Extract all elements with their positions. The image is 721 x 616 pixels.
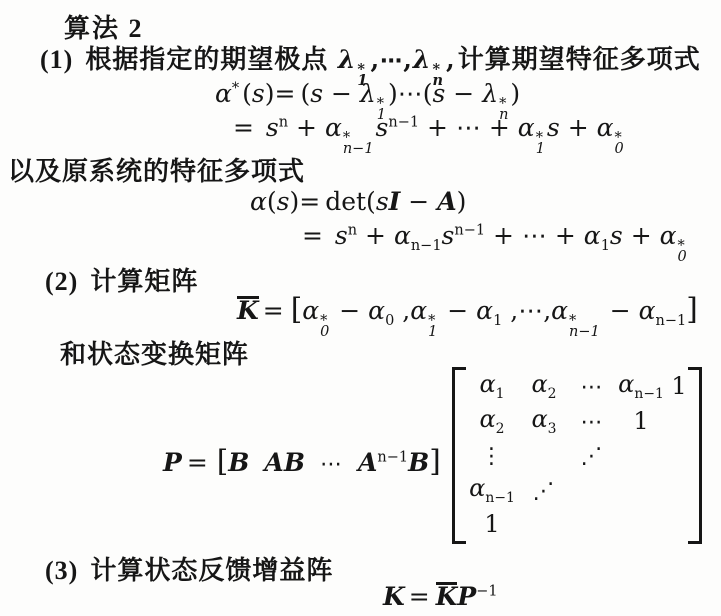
matrix-cell: 1 [633, 407, 648, 435]
matrix-cell: ⋰ [581, 441, 604, 469]
matrix-cell: ⋯ [581, 407, 604, 435]
matrix-cell: α3 [531, 405, 556, 437]
step-2-label: (2) [45, 267, 78, 296]
p-matrix-grid: α1α2⋯αn−11α2α3⋯1⋮⋰αn−1⋰1 [465, 369, 691, 542]
matrix-cell: αn−1 [469, 474, 515, 506]
matrix-cell: α1 [479, 370, 504, 402]
expected-poles-math: λ*1,⋯,λ*n, [338, 45, 456, 74]
step-3-text: 计算状态反馈增益阵 [90, 556, 333, 585]
original-system-text: 以及原系统的特征多项式 [8, 151, 305, 188]
step-1-text-pre: 根据指定的期望极点 [85, 45, 336, 74]
matrix-cell: ⋰ [533, 476, 556, 504]
step-2-line: (2)计算矩阵 [45, 261, 198, 298]
step-3-line: (3)计算状态反馈增益阵 [45, 550, 333, 587]
matrix-cell: ⋮ [481, 441, 504, 469]
matrix-cell: α2 [531, 370, 556, 402]
state-transform-text: 和状态变换矩阵 [60, 334, 249, 371]
char-poly-eq-line-2: = sn + αn−1sn−1 + ⋯ + α1s + α*0 [302, 221, 689, 265]
gain-equation: K=KP−1 [383, 582, 498, 611]
step-3-label: (3) [45, 556, 78, 585]
matrix-cell: α2 [479, 405, 504, 437]
matrix-cell: 1 [484, 510, 499, 538]
step-1-label: (1) [40, 45, 73, 74]
matrix-left-bracket [452, 367, 466, 544]
matrix-cell: ⋯ [581, 372, 604, 400]
kbar-equation: K=[α*0 − α0 ,α*1 − α1 ,⋯,α*n−1 − αn−1] [237, 292, 698, 340]
char-poly-eq-line-1: α(s)=det(sI − A) [250, 187, 466, 216]
step-1-text-post: 计算期望特征多项式 [458, 45, 701, 74]
matrix-cell: αn−1 [618, 370, 664, 402]
step-2-text: 计算矩阵 [90, 267, 198, 296]
p-matrix: α1α2⋯αn−11α2α3⋯1⋮⋰αn−1⋰1 [452, 367, 702, 544]
p-equation-lhs: P=[BAB⋯An−1B] [163, 444, 441, 478]
scanned-textbook-page: { "colors": {"ink": "#161616", "paper": … [0, 0, 721, 616]
matrix-right-bracket [688, 367, 702, 544]
matrix-cell: 1 [671, 372, 686, 400]
